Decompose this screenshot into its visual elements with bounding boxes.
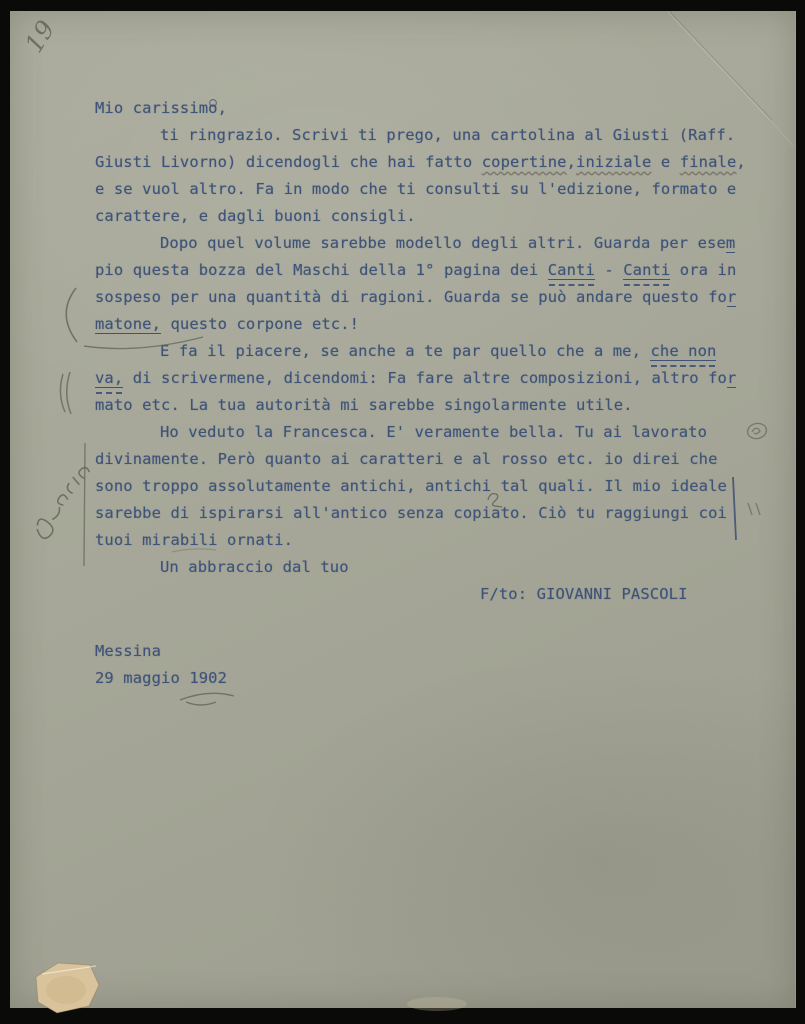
letter-line: carattere, e dagli buoni consigli.: [95, 203, 760, 230]
text-segment: Mio carissimo,: [95, 99, 227, 117]
text-segment: carattere, e dagli buoni consigli.: [95, 207, 416, 225]
text-segment: ora in: [670, 261, 736, 279]
underlined-text: va,: [95, 369, 123, 388]
letter-line: sono troppo assolutamente antichi, antic…: [95, 473, 760, 500]
underlined-text: m: [726, 234, 735, 253]
letter-line: Un abbraccio dal tuo: [95, 554, 760, 581]
text-segment: Giusti Livorno) dicendogli che hai fatto: [95, 153, 482, 171]
text-segment: questo corpone etc.!: [161, 315, 359, 333]
letter-line: Mio carissimo,: [95, 95, 760, 122]
letter-scan: 19 Mio carissimo,ti ringrazio. Scrivi ti…: [0, 0, 805, 1024]
underlined-text: iniziale: [576, 153, 651, 171]
letter-line: ti ringrazio. Scrivi ti prego, una carto…: [95, 122, 760, 149]
letter-body: Mio carissimo,ti ringrazio. Scrivi ti pr…: [95, 95, 760, 692]
underlined-text: Canti: [623, 261, 670, 280]
letter-line: sospeso per una quantità di ragioni. Gua…: [95, 284, 760, 311]
letter-line: E fa il piacere, se anche a te par quell…: [95, 338, 760, 365]
underlined-text: Canti: [548, 261, 595, 280]
letter-line: divinamente. Però quanto ai caratteri e …: [95, 446, 760, 473]
underlined-text: r: [727, 369, 736, 388]
underlined-text: copertine: [482, 153, 567, 171]
letter-line: pio questa bozza del Maschi della 1° pag…: [95, 257, 760, 284]
letter-line: e se vuol altro. Fa in modo che ti consu…: [95, 176, 760, 203]
letter-line: va, di scrivermene, dicendomi: Fa fare a…: [95, 365, 760, 392]
text-segment: e se vuol altro. Fa in modo che ti consu…: [95, 180, 736, 198]
letter-line: sarebbe di ispirarsi all'antico senza co…: [95, 500, 760, 527]
letter-line: Messina: [95, 638, 760, 665]
underlined-text: che non: [650, 342, 716, 361]
text-segment: sono troppo assolutamente antichi, antic…: [95, 477, 727, 495]
text-segment: Messina: [95, 642, 161, 660]
letter-line: F/to: GIOVANNI PASCOLI: [95, 581, 760, 608]
letter-line: Ho veduto la Francesca. E' veramente bel…: [95, 419, 760, 446]
text-segment: mato etc. La tua autorità mi sarebbe sin…: [95, 396, 633, 414]
underlined-text: r: [727, 288, 736, 307]
text-segment: Un abbraccio dal tuo: [160, 558, 349, 576]
underlined-text: finale: [680, 153, 737, 171]
text-segment: divinamente. Però quanto ai caratteri e …: [95, 450, 718, 468]
text-segment: Ho veduto la Francesca. E' veramente bel…: [160, 423, 707, 441]
letter-line: 29 maggio 1902: [95, 665, 760, 692]
text-segment: pio questa bozza del Maschi della 1° pag…: [95, 261, 548, 279]
text-segment: E fa il piacere, se anche a te par quell…: [160, 342, 650, 360]
text-segment: 29 maggio 1902: [95, 669, 227, 687]
letter-line: Dopo quel volume sarebbe modello degli a…: [95, 230, 760, 257]
underlined-text: matone,: [95, 315, 161, 334]
text-segment: tuoi mirabili ornati.: [95, 531, 293, 549]
text-segment: ,: [736, 153, 745, 171]
text-segment: sospeso per una quantità di ragioni. Gua…: [95, 288, 727, 306]
text-segment: di scrivermene, dicendomi: Fa fare altre…: [123, 369, 727, 387]
text-segment: F/to: GIOVANNI PASCOLI: [480, 585, 688, 603]
text-segment: sarebbe di ispirarsi all'antico senza co…: [95, 504, 727, 522]
letter-line: Giusti Livorno) dicendogli che hai fatto…: [95, 149, 760, 176]
text-segment: e: [652, 153, 680, 171]
text-segment: -: [595, 261, 623, 279]
letter-line: matone, questo corpone etc.!: [95, 311, 760, 338]
text-segment: Dopo quel volume sarebbe modello degli a…: [160, 234, 726, 252]
letter-line: mato etc. La tua autorità mi sarebbe sin…: [95, 392, 760, 419]
text-segment: ,: [567, 153, 576, 171]
text-segment: ti ringrazio. Scrivi ti prego, una carto…: [160, 126, 735, 144]
letter-line: tuoi mirabili ornati.: [95, 527, 760, 554]
